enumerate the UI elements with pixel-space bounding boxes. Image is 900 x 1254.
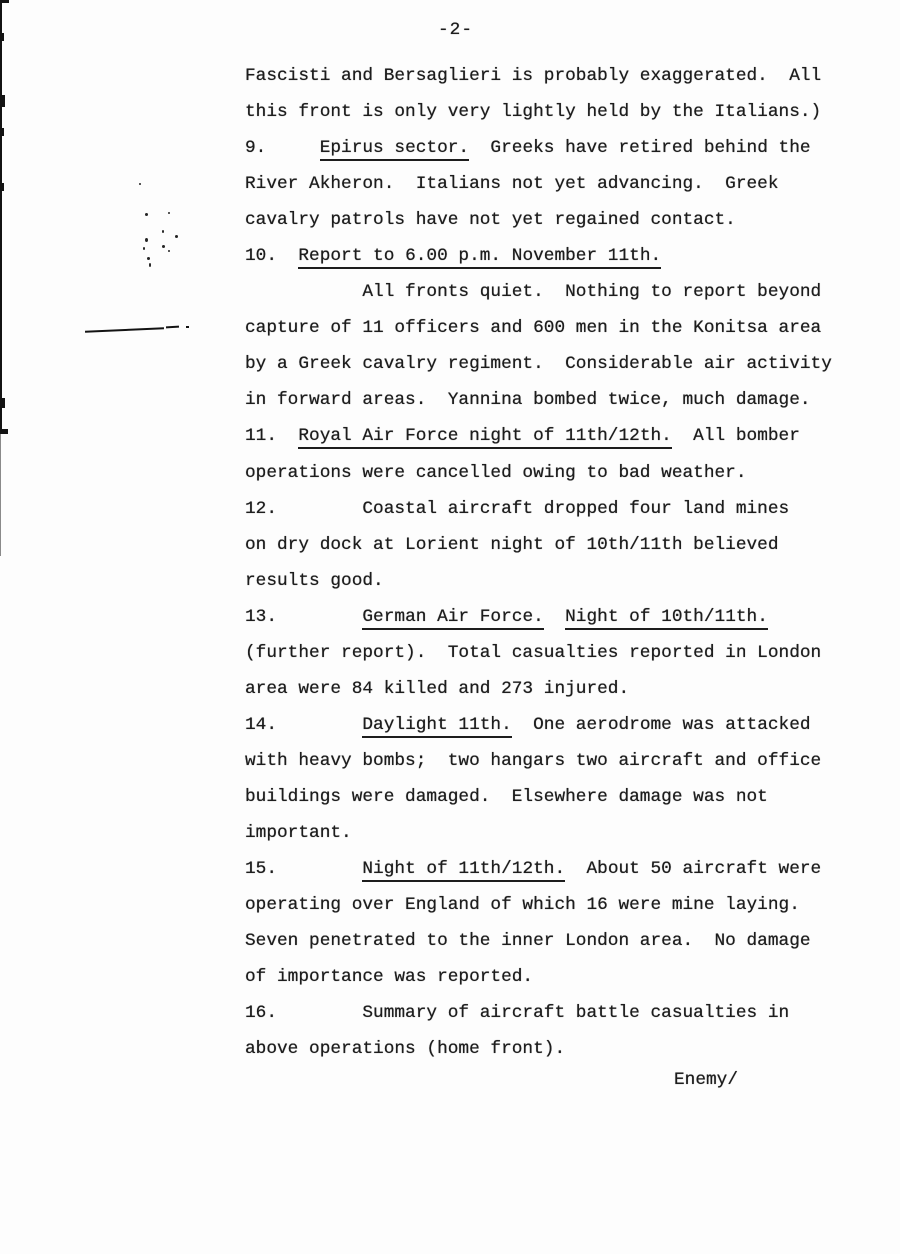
scan-artifact-notch — [0, 128, 4, 136]
text-line: 11. Royal Air Force night of 11th/12th. … — [245, 418, 832, 454]
text-line: River Akheron. Italians not yet advancin… — [245, 166, 832, 202]
scan-artifact-notch — [0, 33, 4, 41]
text-line: 15. Night of 11th/12th. About 50 aircraf… — [245, 851, 832, 887]
scan-artifact-speck — [143, 247, 145, 250]
underlined-heading: German Air Force. — [362, 607, 543, 630]
text-line: with heavy bombs; two hangars two aircra… — [245, 743, 832, 779]
text-segment: area were 84 killed and 273 injured. — [245, 679, 629, 699]
scan-artifact-speck — [162, 230, 164, 233]
text-lines: Fascisti and Bersaglieri is probably exa… — [245, 58, 832, 1067]
text-segment: capture of 11 officers and 600 men in th… — [245, 318, 821, 338]
text-line: 10. Report to 6.00 p.m. November 11th. — [245, 238, 832, 274]
text-segment: by a Greek cavalry regiment. Considerabl… — [245, 354, 832, 374]
underlined-heading: Report to 6.00 p.m. November 11th. — [298, 246, 661, 269]
text-line: Fascisti and Bersaglieri is probably exa… — [245, 58, 832, 94]
scan-artifact-corner-mark — [0, 0, 9, 3]
text-segment: About 50 aircraft were — [565, 859, 821, 879]
text-line: (further report). Total casualties repor… — [245, 635, 832, 671]
text-line: area were 84 killed and 273 injured. — [245, 671, 832, 707]
text-segment: 10. — [245, 246, 298, 266]
text-segment: 12. Coastal aircraft dropped four land m… — [245, 499, 789, 519]
text-segment: buildings were damaged. Elsewhere damage… — [245, 787, 768, 807]
text-line: All fronts quiet. Nothing to report beyo… — [245, 274, 832, 310]
text-segment: All fronts quiet. Nothing to report beyo… — [245, 282, 821, 302]
text-segment: this front is only very lightly held by … — [245, 102, 821, 122]
text-segment: 14. — [245, 715, 362, 735]
text-line: important. — [245, 815, 832, 851]
scan-artifact-dash-dot — [186, 326, 189, 328]
underlined-heading: Night of 11th/12th. — [362, 859, 565, 882]
scan-artifact-speck — [168, 250, 170, 252]
scan-artifact-notch — [0, 398, 5, 408]
text-segment: Seven penetrated to the inner London are… — [245, 931, 811, 951]
text-segment: above operations (home front). — [245, 1039, 565, 1059]
scan-artifact-tick — [0, 429, 8, 434]
text-line: Seven penetrated to the inner London are… — [245, 923, 832, 959]
text-line: on dry dock at Lorient night of 10th/11t… — [245, 527, 832, 563]
text-segment: operating over England of which 16 were … — [245, 895, 800, 915]
scan-artifact-speck — [149, 263, 151, 267]
scan-artifact-speck — [162, 245, 165, 248]
underlined-heading: Epirus sector. — [320, 138, 469, 161]
text-segment: (further report). Total casualties repor… — [245, 643, 821, 663]
scan-artifact-dash-line — [166, 326, 179, 329]
scan-artifact-speck — [147, 257, 150, 260]
scan-artifact-speck — [145, 213, 148, 216]
page-number: -2- — [438, 20, 473, 40]
text-line: 13. German Air Force. Night of 10th/11th… — [245, 599, 832, 635]
text-segment — [544, 607, 565, 627]
text-line: 16. Summary of aircraft battle casualtie… — [245, 995, 832, 1031]
text-line: 14. Daylight 11th. One aerodrome was att… — [245, 707, 832, 743]
text-segment: cavalry patrols have not yet regained co… — [245, 210, 736, 230]
text-segment: important. — [245, 823, 352, 843]
scan-artifact-speck — [139, 183, 141, 185]
text-line: 9. Epirus sector. Greeks have retired be… — [245, 130, 832, 166]
text-line: by a Greek cavalry regiment. Considerabl… — [245, 346, 832, 382]
text-segment: 15. — [245, 859, 362, 879]
text-segment: in forward areas. Yannina bombed twice, … — [245, 390, 811, 410]
text-segment: All bomber — [672, 426, 800, 446]
text-line: capture of 11 officers and 600 men in th… — [245, 310, 832, 346]
text-segment: 16. Summary of aircraft battle casualtie… — [245, 1003, 789, 1023]
text-segment: River Akheron. Italians not yet advancin… — [245, 174, 779, 194]
text-line: 12. Coastal aircraft dropped four land m… — [245, 491, 832, 527]
text-segment: results good. — [245, 571, 384, 591]
text-segment: Greeks have retired behind the — [469, 138, 810, 158]
underlined-heading: Night of 10th/11th. — [565, 607, 768, 630]
text-line: above operations (home front). — [245, 1031, 832, 1067]
underlined-heading: Daylight 11th. — [362, 715, 511, 738]
text-line: results good. — [245, 563, 832, 599]
text-segment: with heavy bombs; two hangars two aircra… — [245, 751, 821, 771]
text-segment: 9. — [245, 138, 320, 158]
underlined-heading: Royal Air Force night of 11th/12th. — [298, 426, 671, 449]
scan-artifact-notch — [0, 95, 5, 107]
scan-artifact-edge-line — [0, 0, 2, 434]
text-segment: 11. — [245, 426, 298, 446]
text-line: operations were cancelled owing to bad w… — [245, 455, 832, 491]
scan-artifact-dash-line — [85, 327, 164, 332]
text-segment: of importance was reported. — [245, 967, 533, 987]
scan-artifact-speck — [168, 212, 170, 214]
text-segment: on dry dock at Lorient night of 10th/11t… — [245, 535, 779, 555]
scan-artifact-notch — [0, 183, 4, 191]
catchword: Enemy/ — [674, 1068, 738, 1092]
text-segment: 13. — [245, 607, 362, 627]
scan-artifact-speck — [175, 235, 178, 238]
text-line: cavalry patrols have not yet regained co… — [245, 202, 832, 238]
text-segment: One aerodrome was attacked — [512, 715, 811, 735]
text-line: operating over England of which 16 were … — [245, 887, 832, 923]
text-line: of importance was reported. — [245, 959, 832, 995]
scan-artifact-edge-line-faint — [0, 434, 1, 556]
document-page: -2- Fascisti and Bersaglieri is probably… — [0, 0, 900, 1254]
text-line: this front is only very lightly held by … — [245, 94, 832, 130]
scan-artifact-speck — [145, 238, 148, 242]
text-segment: Fascisti and Bersaglieri is probably exa… — [245, 66, 821, 86]
text-line: buildings were damaged. Elsewhere damage… — [245, 779, 832, 815]
text-line: in forward areas. Yannina bombed twice, … — [245, 382, 832, 418]
text-segment: operations were cancelled owing to bad w… — [245, 463, 747, 483]
